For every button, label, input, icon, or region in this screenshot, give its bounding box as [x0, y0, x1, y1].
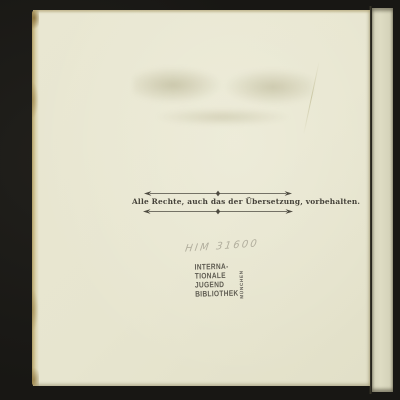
- adjacent-page-edge: [372, 8, 393, 392]
- page-deckle-edge: [32, 10, 39, 386]
- stamp-city-vertical: MÜNCHEN: [238, 261, 244, 299]
- copyright-notice: Alle Rechte, auch das der Übersetzung, v…: [132, 190, 304, 215]
- stamp-line-4: BIBLIOTHEK: [195, 289, 243, 299]
- handwritten-shelfmark: HIM 31600: [184, 238, 259, 254]
- ornamental-rule-bottom: [143, 208, 293, 215]
- book-page: Alle Rechte, auch das der Übersetzung, v…: [33, 10, 370, 386]
- scan-background: Alle Rechte, auch das der Übersetzung, v…: [0, 0, 400, 400]
- copyright-text: Alle Rechte, auch das der Übersetzung, v…: [132, 197, 304, 208]
- library-stamp: INTERNA- TIONALE JUGEND BIBLIOTHEK MÜNCH…: [195, 261, 254, 308]
- stamp-text-block: INTERNA- TIONALE JUGEND BIBLIOTHEK: [195, 262, 243, 299]
- show-through-ghost: [133, 55, 313, 125]
